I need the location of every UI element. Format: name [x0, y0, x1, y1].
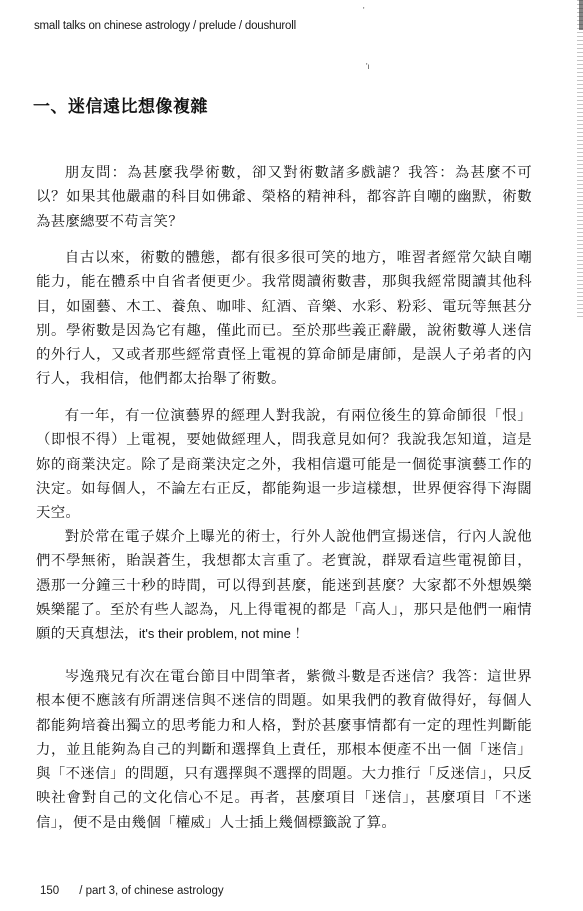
page-footer: 150 / part 3, of chinese astrology [40, 885, 224, 897]
scan-mark: ' [363, 6, 365, 15]
paragraph-4-english-quote: it's their problem, not mine ！ [139, 626, 308, 641]
paragraph-3: 有一年，有一位演藝界的經理人對我說，有兩位後生的算命師很「恨」（即恨不得）上電視… [36, 404, 532, 525]
paragraph-4: 對於常在電子媒介上曝光的術士，行外人說他們宣揚迷信，行內人說他們不學無術，貽誤蒼… [36, 525, 532, 646]
paragraph-5: 岑逸飛兄有次在電台節目中問筆者，紫微斗數是否迷信？我答：這世界根本便不應該有所謂… [36, 665, 532, 835]
section-title: 一、迷信遠比想像複雜 [33, 92, 208, 117]
paragraph-2: 自古以來，術數的體態，都有很多很可笑的地方，唯習者經常欠缺自嘲能力，能在體系中自… [36, 246, 532, 392]
paragraph-1: 朋友問：為甚麼我學術數，卻又對術數諸多戲謔？我答：為甚麼不可以？如果其他嚴肅的科… [36, 161, 532, 234]
scan-edge-artifact [577, 0, 583, 320]
running-header: small talks on chinese astrology / prelu… [34, 20, 296, 32]
page-number: 150 [40, 885, 59, 897]
scan-mark: 'ı [366, 62, 370, 71]
scan-edge-artifact-dark [579, 0, 583, 30]
part-label: / part 3, of chinese astrology [79, 885, 223, 897]
